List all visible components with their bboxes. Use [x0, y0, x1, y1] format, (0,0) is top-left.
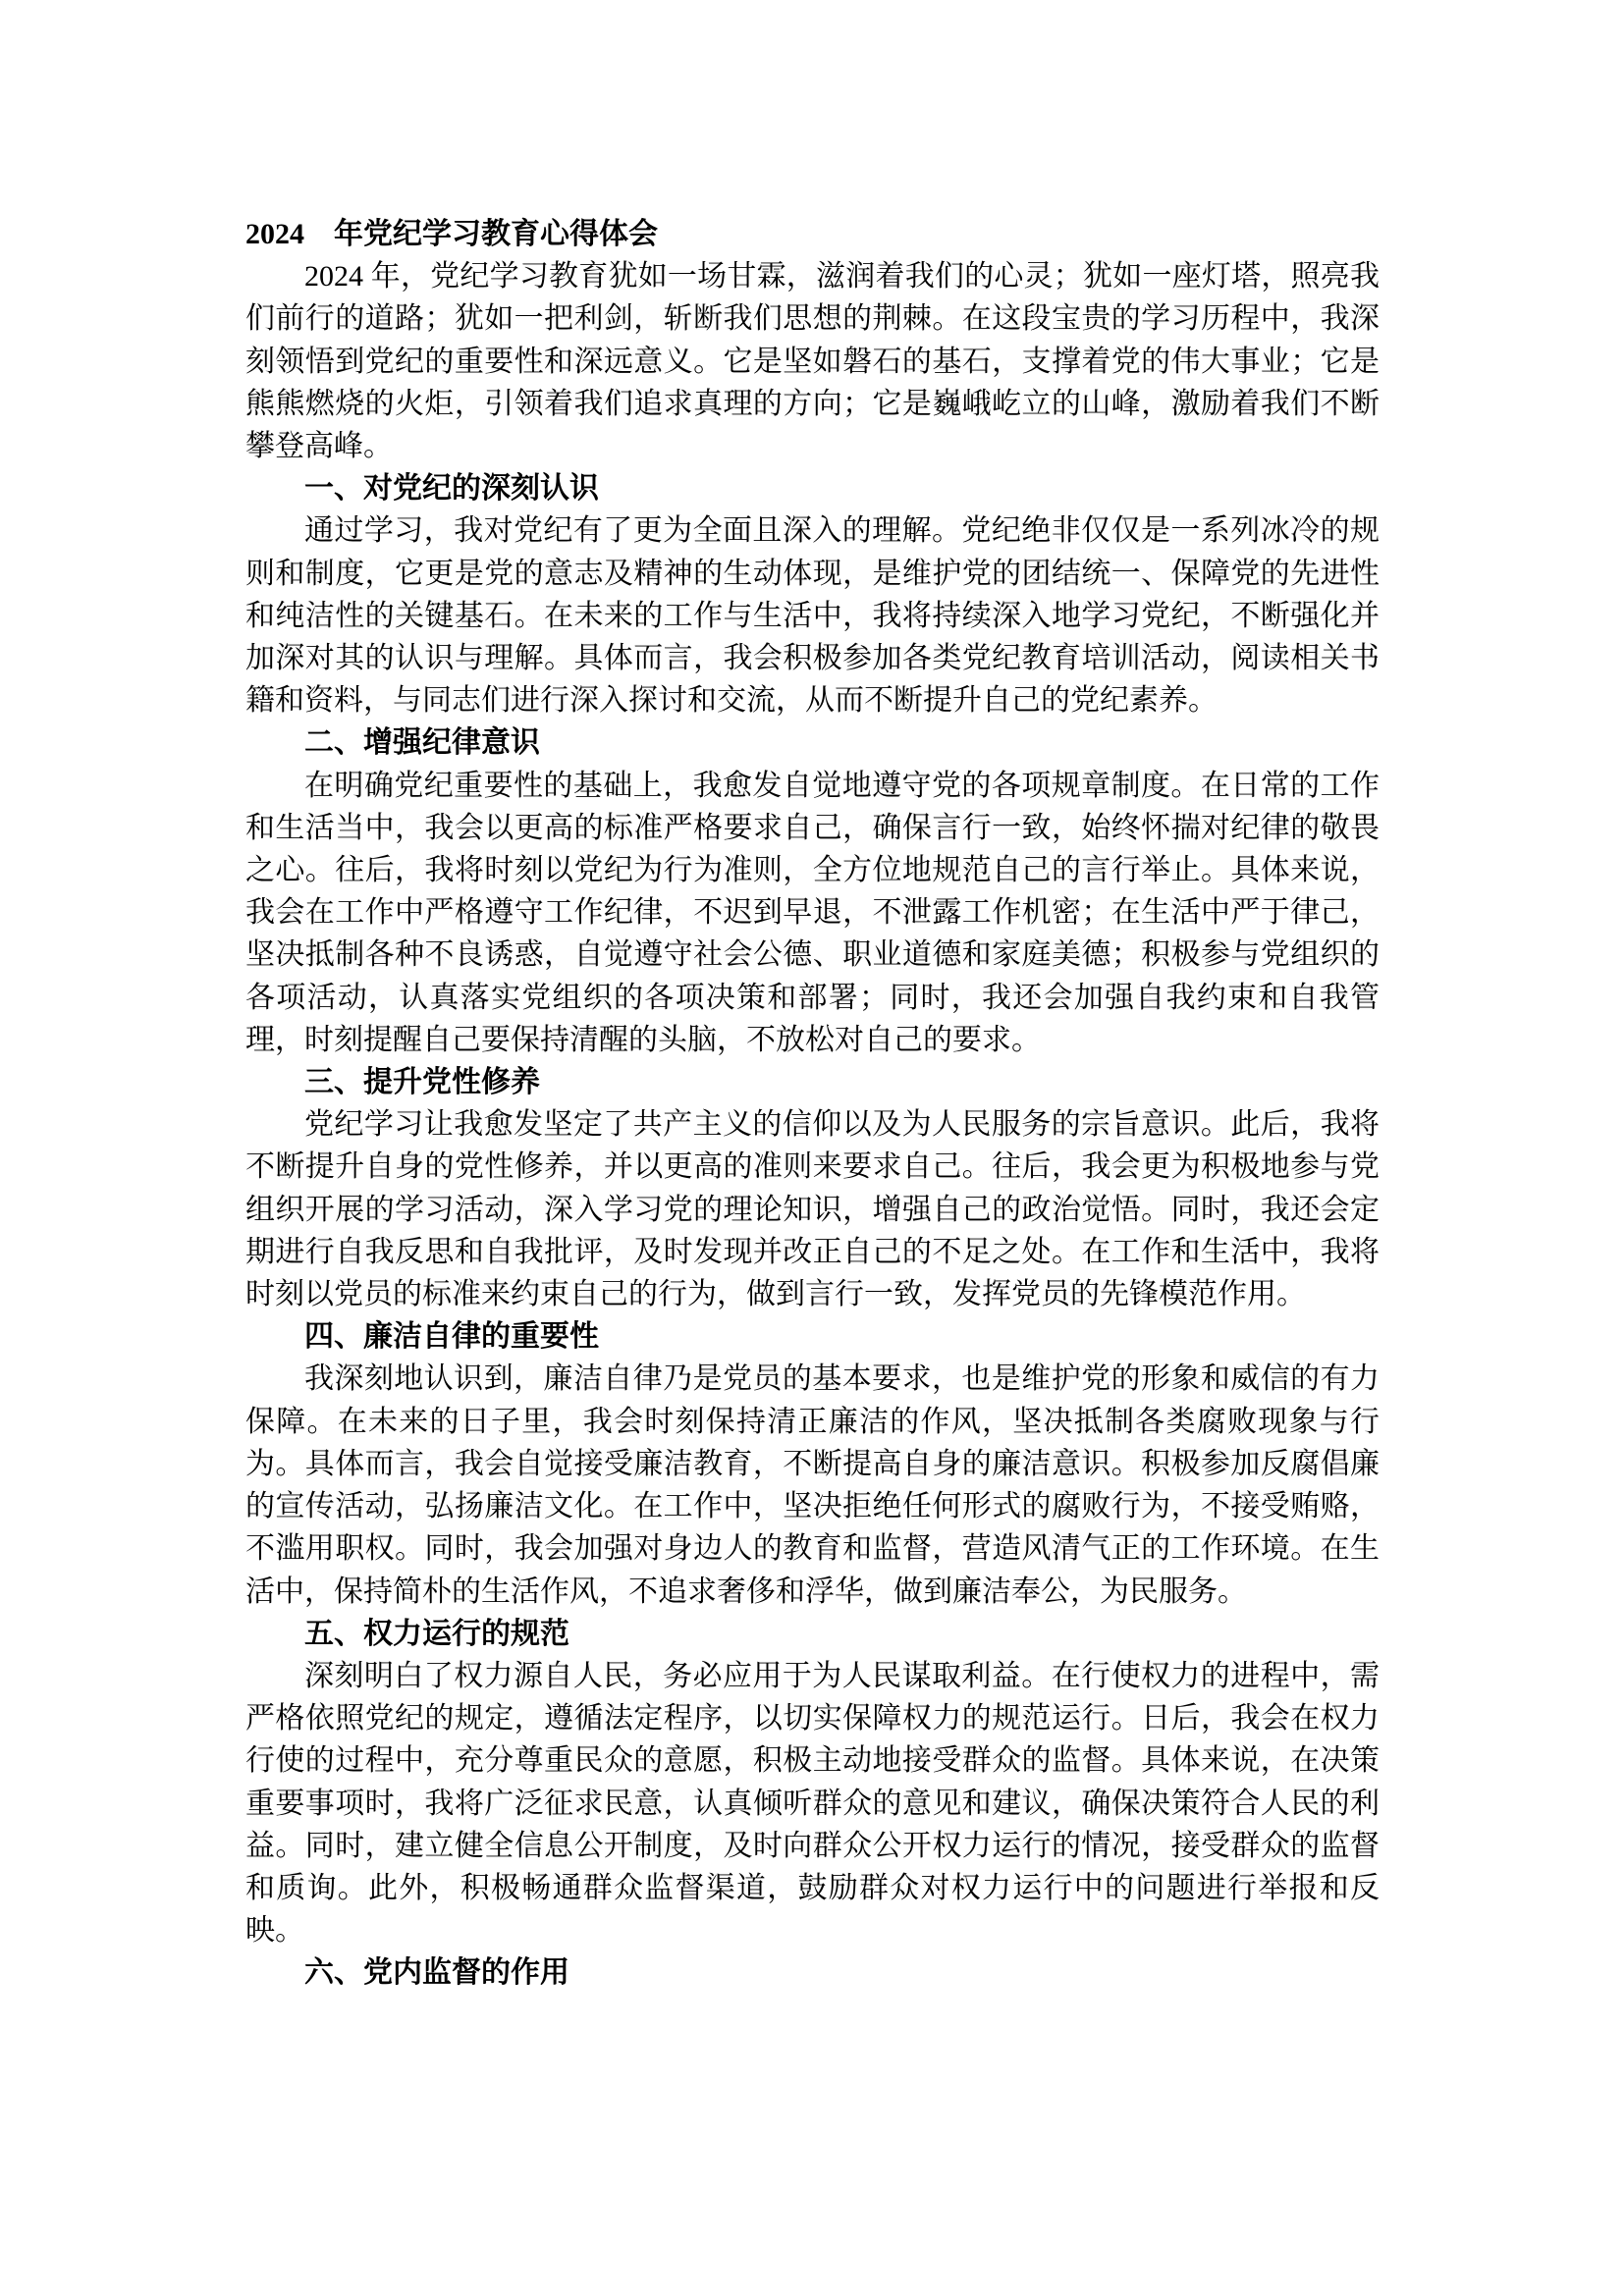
section-heading-1: 一、对党纪的深刻认识: [245, 467, 1380, 509]
intro-paragraph: 2024 年，党纪学习教育犹如一场甘霖，滋润着我们的心灵；犹如一座灯塔，照亮我们…: [245, 255, 1380, 467]
section-heading-4: 四、廉洁自律的重要性: [245, 1315, 1380, 1358]
section-paragraph-5: 深刻明白了权力源自人民，务必应用于为人民谋取利益。在行使权力的进程中，需严格依照…: [245, 1655, 1380, 1951]
document-body: 2024 年党纪学习教育心得体会 2024 年，党纪学习教育犹如一场甘霖，滋润着…: [245, 213, 1380, 1995]
section-paragraph-1: 通过学习，我对党纪有了更为全面且深入的理解。党纪绝非仅仅是一系列冰冷的规则和制度…: [245, 509, 1380, 721]
section-paragraph-2: 在明确党纪重要性的基础上，我愈发自觉地遵守党的各项规章制度。在日常的工作和生活当…: [245, 765, 1380, 1061]
section-paragraph-3: 党纪学习让我愈发坚定了共产主义的信仰以及为人民服务的宗旨意识。此后，我将不断提升…: [245, 1103, 1380, 1315]
document-title: 2024 年党纪学习教育心得体会: [245, 213, 1380, 255]
section-paragraph-4: 我深刻地认识到，廉洁自律乃是党员的基本要求，也是维护党的形象和威信的有力保障。在…: [245, 1358, 1380, 1612]
section-heading-2: 二、增强纪律意识: [245, 721, 1380, 764]
section-heading-5: 五、权力运行的规范: [245, 1613, 1380, 1655]
document-page: 2024 年党纪学习教育心得体会 2024 年，党纪学习教育犹如一场甘霖，滋润着…: [0, 0, 1624, 2296]
section-heading-6: 六、党内监督的作用: [245, 1951, 1380, 1994]
section-heading-3: 三、提升党性修养: [245, 1061, 1380, 1103]
